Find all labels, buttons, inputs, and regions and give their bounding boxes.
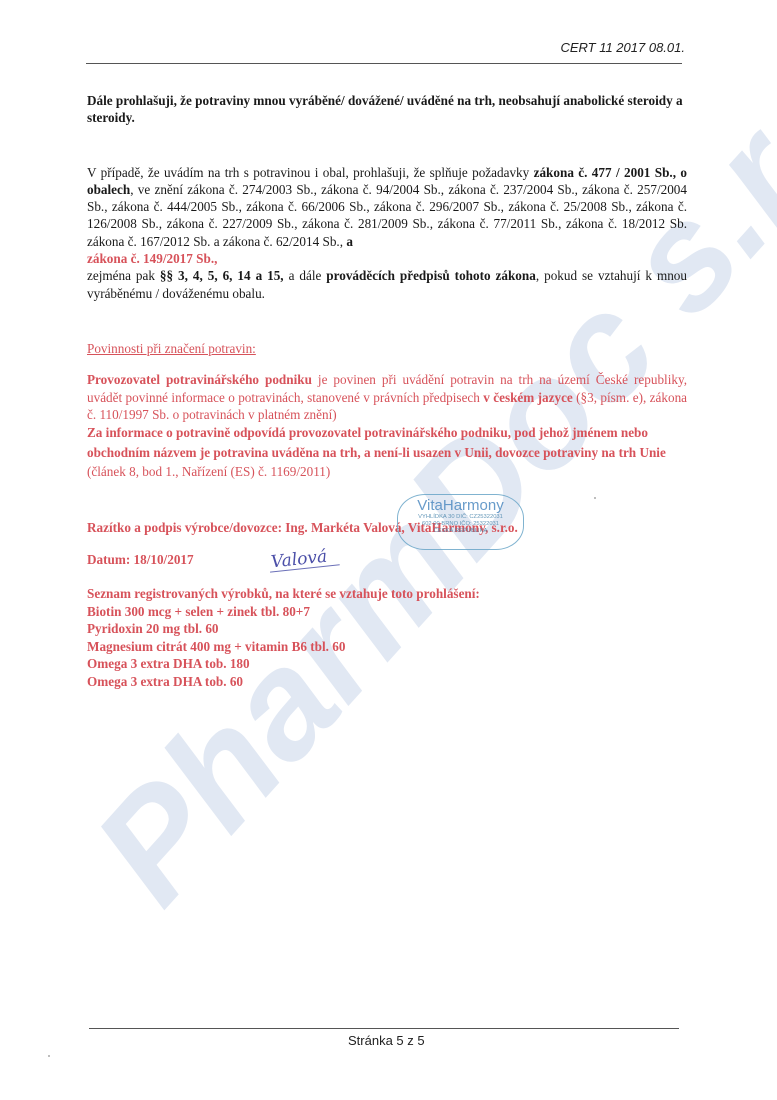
- product-item: Pyridoxin 20 mg tbl. 60: [87, 620, 687, 638]
- scan-speck: [48, 1055, 50, 1057]
- labeling-heading: Povinnosti při značení potravin:: [87, 340, 687, 357]
- product-item: Biotin 300 mcg + selen + zinek tbl. 80+7: [87, 603, 687, 621]
- product-item: Magnesium citrát 400 mg + vitamin B6 tbl…: [87, 638, 687, 656]
- product-item: Omega 3 extra DHA tob. 180: [87, 655, 687, 673]
- product-list-heading: Seznam registrovaných výrobků, na které …: [87, 585, 687, 603]
- document-body: Dále prohlašuji, že potraviny mnou vyráb…: [87, 92, 687, 690]
- product-item: Omega 3 extra DHA tob. 60: [87, 673, 687, 691]
- footer-divider: [89, 1028, 679, 1029]
- page-number: Stránka 5 z 5: [348, 1033, 425, 1048]
- packaging-declaration: V případě, že uvádím na trh s potravinou…: [87, 164, 687, 302]
- date-label: Datum: 18/10/2017: [87, 551, 194, 568]
- labeling-paragraph-2: Za informace o potravině odpovídá provoz…: [87, 423, 687, 482]
- header-divider: [86, 63, 682, 64]
- amending-law-highlight: zákona č. 149/2017 Sb.,: [87, 251, 217, 266]
- stamp-brand-logo: VitaHarmony: [398, 498, 523, 514]
- handwritten-signature: Valová: [268, 547, 340, 573]
- steroids-declaration: Dále prohlašuji, že potraviny mnou vyráb…: [87, 92, 687, 127]
- stamp-signature-label: Razítko a podpis výrobce/dovozce: Ing. M…: [87, 519, 687, 536]
- product-list: Seznam registrovaných výrobků, na které …: [87, 585, 687, 690]
- company-stamp: VitaHarmony VYHLÍDKA 30 DIČ: CZ25322031 …: [397, 494, 524, 550]
- document-code: CERT 11 2017 08.01.: [560, 40, 685, 55]
- labeling-paragraph-1: Provozovatel potravinářského podniku je …: [87, 371, 687, 423]
- date-row: Datum: 18/10/2017 Valová: [87, 551, 687, 569]
